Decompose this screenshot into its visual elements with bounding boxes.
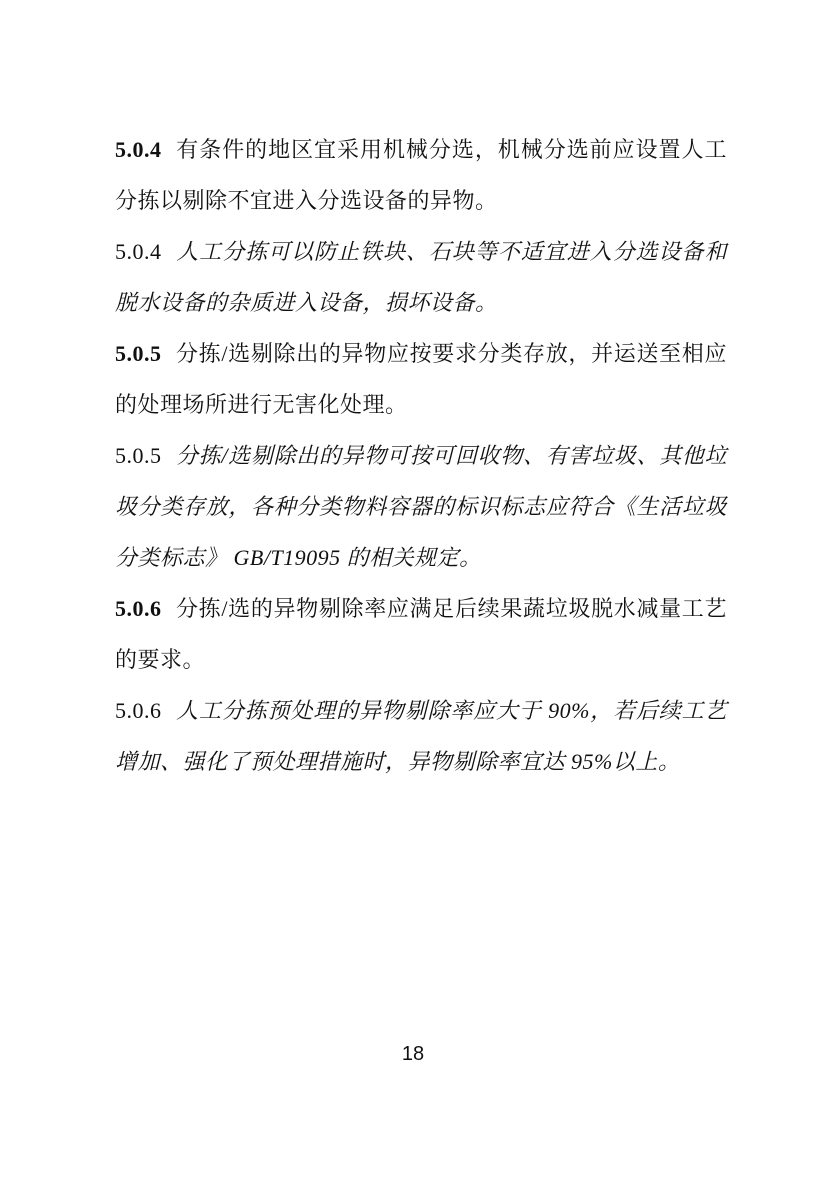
note-paragraph: 5.0.6人工分拣预处理的异物剔除率应大于 90%，若后续工艺增加、强化了预处理… — [115, 685, 727, 787]
note-number: 5.0.6 — [115, 698, 162, 723]
clause-paragraph: 5.0.4有条件的地区宜采用机械分选，机械分选前应设置人工分拣以剔除不宜进入分选… — [115, 124, 727, 226]
clause-number: 5.0.6 — [115, 596, 162, 621]
clause-text: 分拣/选的异物剔除率应满足后续果蔬垃圾脱水减量工艺的要求。 — [115, 596, 727, 672]
note-text: 人工分拣预处理的异物剔除率应大于 90%，若后续工艺增加、强化了预处理措施时，异… — [115, 698, 727, 774]
clause-number: 5.0.4 — [115, 137, 162, 162]
page-number: 18 — [0, 1043, 826, 1066]
note-number: 5.0.4 — [115, 239, 162, 264]
clause-number: 5.0.5 — [115, 341, 162, 366]
text-block: 5.0.4有条件的地区宜采用机械分选，机械分选前应设置人工分拣以剔除不宜进入分选… — [115, 124, 727, 787]
clause-paragraph: 5.0.6分拣/选的异物剔除率应满足后续果蔬垃圾脱水减量工艺的要求。 — [115, 583, 727, 685]
note-text: 人工分拣可以防止铁块、石块等不适宜进入分选设备和脱水设备的杂质进入设备，损坏设备… — [115, 239, 727, 315]
clause-text: 分拣/选剔除出的异物应按要求分类存放，并运送至相应的处理场所进行无害化处理。 — [115, 341, 727, 417]
clause-paragraph: 5.0.5分拣/选剔除出的异物应按要求分类存放，并运送至相应的处理场所进行无害化… — [115, 328, 727, 430]
note-text: 分拣/选剔除出的异物可按可回收物、有害垃圾、其他垃圾分类存放，各种分类物料容器的… — [115, 443, 727, 570]
document-page: 5.0.4有条件的地区宜采用机械分选，机械分选前应设置人工分拣以剔除不宜进入分选… — [0, 0, 826, 1199]
note-paragraph: 5.0.4人工分拣可以防止铁块、石块等不适宜进入分选设备和脱水设备的杂质进入设备… — [115, 226, 727, 328]
clause-text: 有条件的地区宜采用机械分选，机械分选前应设置人工分拣以剔除不宜进入分选设备的异物… — [115, 137, 727, 213]
note-number: 5.0.5 — [115, 443, 162, 468]
note-paragraph: 5.0.5分拣/选剔除出的异物可按可回收物、有害垃圾、其他垃圾分类存放，各种分类… — [115, 430, 727, 583]
